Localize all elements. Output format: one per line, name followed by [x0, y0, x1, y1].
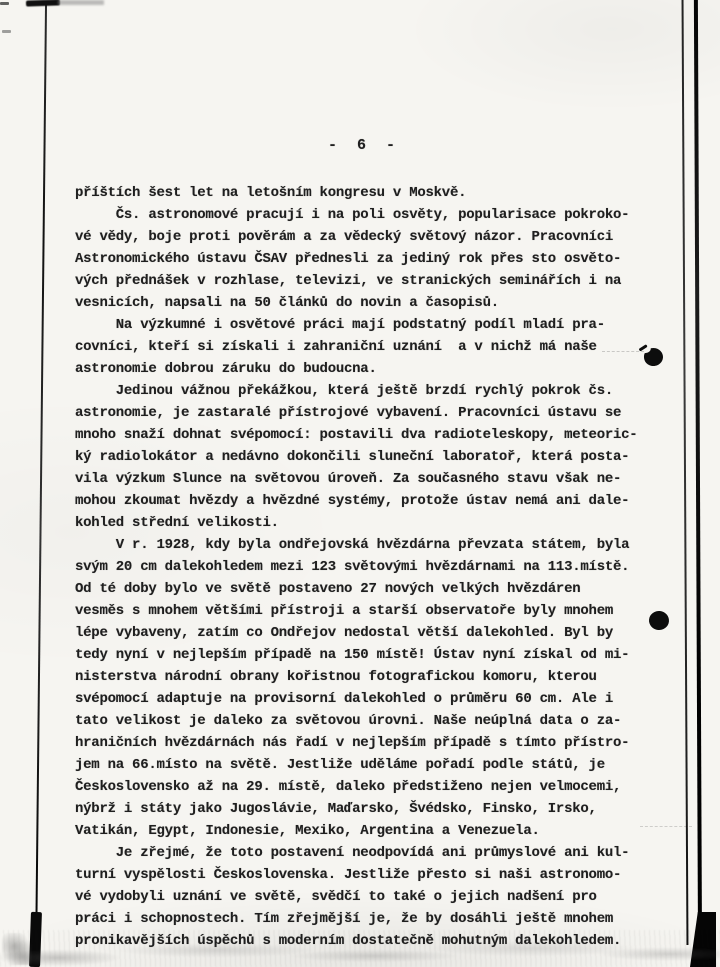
- document-body-text: příštích šest let na letošním kongresu v…: [75, 182, 675, 952]
- scan-faint-rule: [602, 351, 644, 352]
- scan-smudge-top-left-gray: [58, 0, 104, 5]
- scan-smudge-top-left-dark: [26, 0, 60, 7]
- scanned-document-page: - 6 - příštích šest let na letošním kong…: [0, 0, 720, 967]
- scan-noise-band-bottom: [0, 930, 720, 967]
- scan-tick-left-upper: [2, 30, 11, 33]
- page-number: - 6 -: [0, 137, 720, 154]
- scan-faint-rule: [640, 826, 692, 827]
- scan-tick-top-corner: [0, 2, 9, 5]
- scan-smudge-bottom-left: [2, 933, 32, 965]
